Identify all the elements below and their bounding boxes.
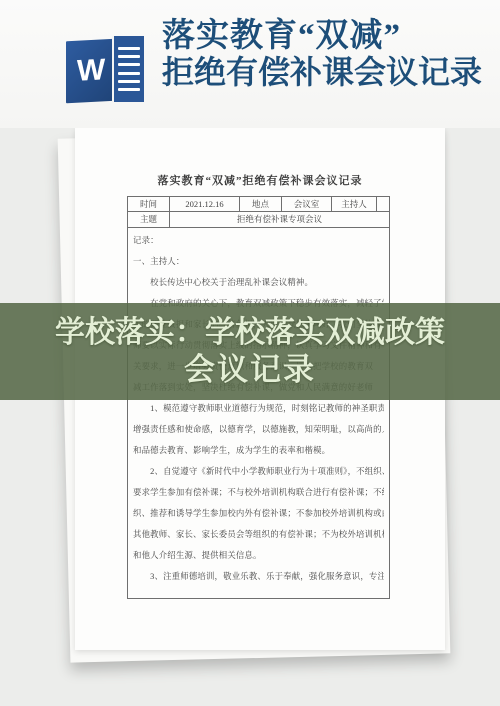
doc-line: 1、模范遵守教师职业道德行为规范，时刻铭记教师的神圣职责， <box>133 398 384 419</box>
doc-line: 3、注重师德培训，敬业乐教、乐于奉献，强化服务意识，专注本职 <box>133 566 384 587</box>
doc-line: 增强责任感和使命感，以德育学，以德施教，知荣明耻，以高尚的人格 <box>133 419 384 440</box>
doc-line: 记录： <box>133 230 384 251</box>
doc-line: 织、推荐和诱导学生参加校内外有偿补课；不参加校外培训机构或由 <box>133 503 384 524</box>
doc-line: 一、主持人： <box>133 251 384 272</box>
caption-overlay: 学校落实：学校落实双减政策 会议记录 <box>0 303 500 400</box>
table-cell-place-label: 地点 <box>240 197 282 211</box>
doc-line: 和品德去教育、影响学生，成为学生的表率和楷模。 <box>133 440 384 461</box>
table-row-record: 记录：一、主持人： 校长传达中心校关于治理乱补课会议精神。 在党和政府的关心下，… <box>128 228 389 598</box>
word-icon-letter: W <box>77 53 105 88</box>
table-cell-host-value <box>377 197 389 211</box>
table-cell-host-label: 主持人 <box>332 197 377 211</box>
table-cell-place-value: 会议室 <box>282 197 332 211</box>
app-title-line1: 落实教育“双减” <box>162 18 500 54</box>
header-bar: W 落实教育“双减” 拒绝有偿补课会议记录 <box>0 0 500 128</box>
word-icon-page <box>112 36 144 102</box>
doc-line: 其他教师、家长、家长委员会等组织的有偿补课；不为校外培训机构 <box>133 524 384 545</box>
doc-line: 2、自觉遵守《新时代中小学教师职业行为十项准则》，不组织、 <box>133 461 384 482</box>
table-cell-time-value: 2021.12.16 <box>170 197 240 211</box>
table-cell-time-label: 时间 <box>128 197 170 211</box>
table-cell-topic-value: 拒绝有偿补课专项会议 <box>170 212 389 227</box>
table-row-topic: 主题 拒绝有偿补课专项会议 <box>128 212 389 228</box>
doc-title: 落实教育“双减”拒绝有偿补课会议记录 <box>75 172 445 188</box>
word-icon: W <box>66 34 146 106</box>
caption-line2: 会议记录 <box>184 351 316 389</box>
table-row-info: 时间 2021.12.16 地点 会议室 主持人 <box>128 197 389 212</box>
doc-line: 要求学生参加有偿补课；不与校外培训机构联合进行有偿补课；不组 <box>133 482 384 503</box>
document-photo-area: 落实教育“双减”拒绝有偿补课会议记录 时间 2021.12.16 地点 会议室 … <box>0 128 500 706</box>
caption-line1: 学校落实：学校落实双减政策 <box>55 315 445 351</box>
record-area: 记录：一、主持人： 校长传达中心校关于治理乱补课会议精神。 在党和政府的关心下，… <box>128 228 389 598</box>
app-title-line2: 拒绝有偿补课会议记录 <box>162 54 500 90</box>
doc-line: 和他人介绍生源、提供相关信息。 <box>133 545 384 566</box>
app-title: 落实教育“双减” 拒绝有偿补课会议记录 <box>162 18 500 90</box>
table-cell-topic-label: 主题 <box>128 212 170 227</box>
doc-line: 校长传达中心校关于治理乱补课会议精神。 <box>133 272 384 293</box>
word-icon-panel: W <box>66 39 116 104</box>
